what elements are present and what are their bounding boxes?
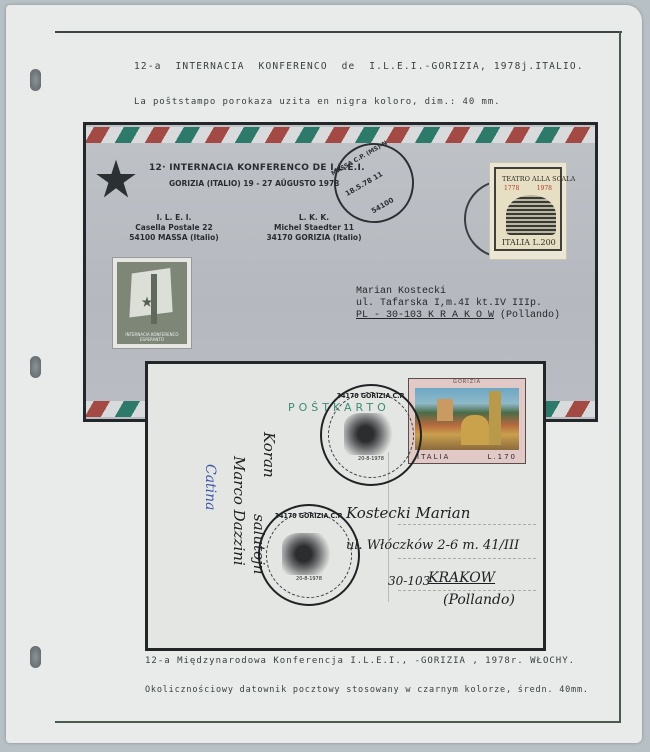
recipient-line2: ul. Tafarska I,m.4I kt.IV IIIp. bbox=[356, 298, 560, 310]
stamp-castle bbox=[437, 399, 453, 421]
address-line-2 bbox=[398, 558, 538, 559]
stamp-value: L.170 bbox=[488, 453, 518, 461]
stamp-caption: GORIZIA bbox=[409, 379, 525, 385]
recipient-city-underlined: PL - 30-103 K R A K O W bbox=[356, 310, 494, 321]
envelope-recipient-address: Marian Kosteckiul. Tafarska I,m.4I kt.IV… bbox=[356, 286, 560, 322]
envelope-subtitle: GORIZIA (ITALIO) 19 - 27 AŬGUSTO 1978 bbox=[169, 179, 339, 188]
stamp-gorizia: GORIZIA ITALIA L.170 bbox=[408, 378, 526, 464]
cancel-top-text: 34170 GORIZIA C.P. bbox=[260, 512, 358, 520]
commemorative-cancel-1: 34170 GORIZIA C.P. 20-8-1978 bbox=[320, 384, 422, 486]
stamp-bell-tower bbox=[489, 391, 501, 445]
commemorative-cancel-2: 34170 GORIZIA C.P. 20-8-1978 bbox=[258, 504, 360, 606]
header-subtitle: La poŝtstampo porokaza uzita en nigra ko… bbox=[134, 97, 500, 107]
recipient-line3: PL - 30-103 K R A K O W (Pollando) bbox=[356, 310, 560, 322]
stamp-year-right: 1978 bbox=[537, 185, 552, 192]
frame-border-bottom bbox=[55, 721, 621, 723]
stamp-title: TEATRO ALLA SCALA bbox=[502, 175, 575, 183]
cancel-date: 20-8-1978 bbox=[260, 576, 358, 582]
esperanto-star-icon bbox=[95, 158, 137, 200]
stamp-years: 1778 1978 bbox=[504, 185, 552, 192]
footer-subtitle: Okolicznościowy datownik pocztowy stosow… bbox=[145, 685, 589, 695]
theatre-illustration bbox=[506, 195, 556, 235]
esperanto-vignette-label: ★ INTERNACIA KONFERENCO ESPERANTO bbox=[113, 258, 191, 348]
handwritten-recipient-name: Kostecki Marian bbox=[346, 504, 470, 522]
cancel-date: 20-8-1978 bbox=[322, 456, 420, 462]
handwriting-signature: Marco Dazzini bbox=[230, 456, 248, 566]
stamp-teatro-alla-scala: TEATRO ALLA SCALA 1778 1978 ITALIA L.200 bbox=[490, 163, 566, 259]
punch-hole-bottom bbox=[30, 646, 41, 668]
handwritten-postal-code: 30-103 bbox=[388, 574, 430, 588]
castle-icon bbox=[282, 533, 337, 574]
address-line-3 bbox=[398, 590, 538, 591]
vignette-star-icon: ★ bbox=[141, 290, 153, 310]
handwritten-city: KRAKOW bbox=[428, 570, 495, 586]
cancel-top-text: 34170 GORIZIA C.P. bbox=[322, 392, 420, 400]
stamp-frame: TEATRO ALLA SCALA 1778 1978 ITALIA L.200 bbox=[494, 167, 562, 251]
postmark-zip: 54100 bbox=[370, 196, 395, 215]
sender-right-line2: Michel Staedter 11 bbox=[264, 223, 364, 233]
recipient-country: (Pollando) bbox=[494, 310, 560, 321]
frame-border-top bbox=[55, 31, 622, 33]
sender-left-line2: Casella Postale 22 bbox=[129, 223, 219, 233]
stamp-church bbox=[461, 415, 489, 445]
stamp-value: ITALIA L.200 bbox=[502, 238, 556, 247]
sender-address-gorizia: L. K. K. Michel Staedter 11 34170 GORIZI… bbox=[264, 213, 364, 243]
frame-border-right bbox=[619, 31, 621, 723]
castle-icon bbox=[344, 413, 399, 454]
footer-title: 12-a Międzynarodowa Konferencja I.L.E.I.… bbox=[145, 656, 575, 666]
airmail-stripes-top bbox=[86, 127, 595, 143]
stamp-country: ITALIA bbox=[417, 453, 450, 461]
handwritten-street: ul. Włóczków 2-6 m. 41/III bbox=[346, 538, 519, 553]
handwriting-greeting-2: salutojn bbox=[250, 514, 268, 574]
recipient-line1: Marian Kostecki bbox=[356, 286, 560, 298]
header-title: 12-a INTERNACIA KONFERENCO de I.L.E.I.-G… bbox=[134, 61, 584, 72]
stamp-footer: ITALIA L.170 bbox=[417, 453, 517, 461]
postcard: POŜTKARTO GORIZIA ITALIA L.170 34170 GOR… bbox=[145, 361, 546, 651]
address-line-1 bbox=[398, 524, 538, 525]
vignette-text: INTERNACIA KONFERENCO ESPERANTO bbox=[120, 332, 184, 342]
sender-address-massa: I. L. E. I. Casella Postale 22 54100 MAS… bbox=[129, 213, 219, 243]
handwriting-signature-blue: Catina bbox=[202, 464, 218, 511]
handwriting-greeting-1: Koran bbox=[260, 432, 278, 478]
punch-hole-middle bbox=[30, 356, 41, 378]
postmark-date: 18.5.78 11 bbox=[344, 170, 384, 198]
sender-left-line1: I. L. E. I. bbox=[129, 213, 219, 223]
sender-right-line3: 34170 GORIZIA (Italio) bbox=[264, 233, 364, 243]
sender-left-line3: 54100 MASSA (Italio) bbox=[129, 233, 219, 243]
stamp-year-left: 1778 bbox=[504, 185, 519, 192]
punch-hole-top bbox=[30, 69, 41, 91]
handwritten-country: (Pollando) bbox=[443, 592, 515, 608]
